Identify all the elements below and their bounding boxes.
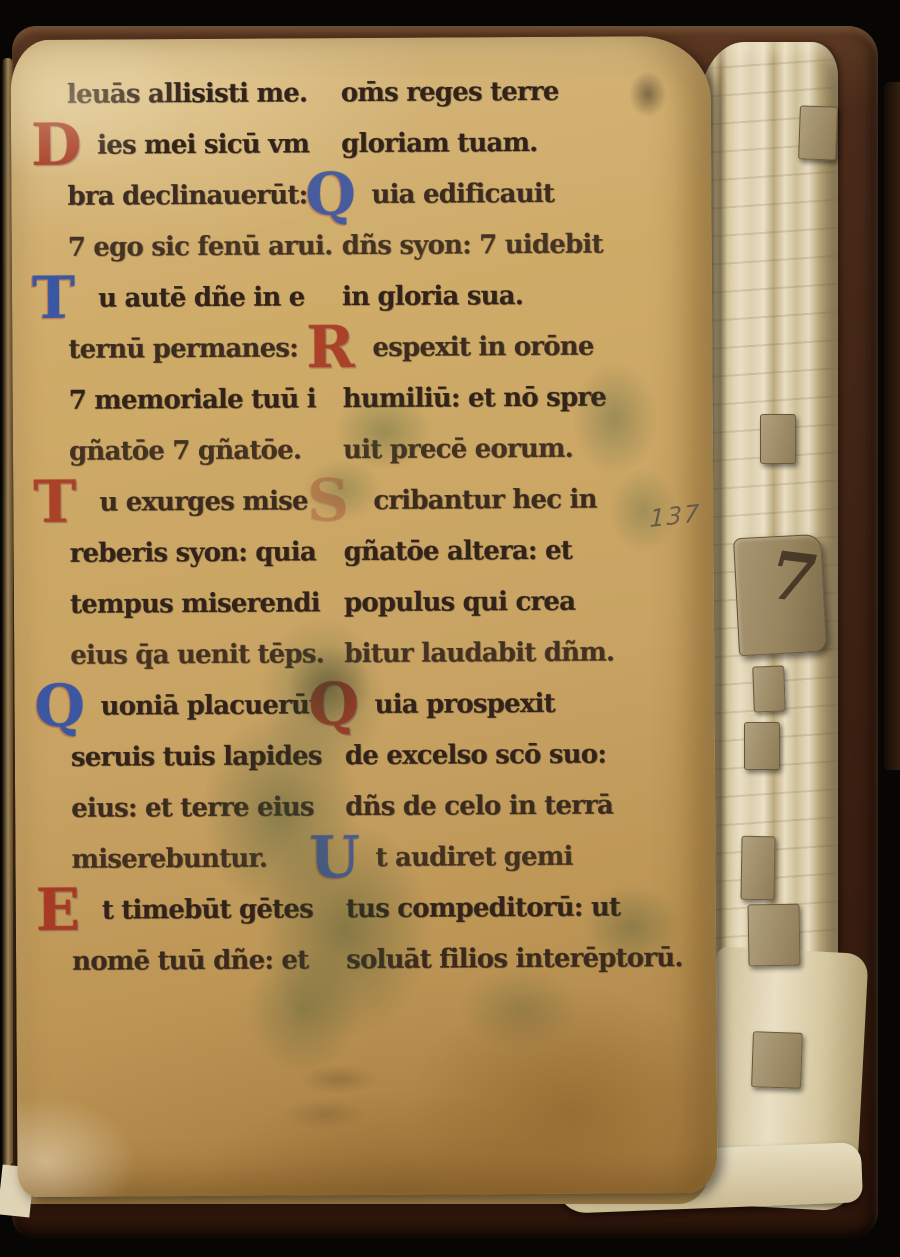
line-text: ternū permanes: xyxy=(68,333,298,364)
illuminated-initial: Q xyxy=(308,674,358,735)
line-text: u exurges mise xyxy=(99,486,308,517)
manuscript-text-line: Et timebūt gētes xyxy=(72,884,348,937)
manuscript-text-line: reberis syon: quia xyxy=(69,527,345,580)
manuscript-text-line: uit precē eorum. xyxy=(343,423,683,476)
line-text: tus compeditorū: ut xyxy=(346,892,621,924)
line-text: uoniā placuerūt xyxy=(100,690,320,721)
line-text: humiliū: et nō spre xyxy=(343,383,606,415)
manuscript-text-line: ternū permanes: xyxy=(68,323,344,376)
line-text: reberis syon: quia xyxy=(70,537,316,569)
parchment-tab xyxy=(747,904,800,967)
parchment-tab xyxy=(798,105,838,160)
manuscript-text-line: tus compeditorū: ut xyxy=(346,882,686,935)
parchment-tab xyxy=(760,414,796,464)
illuminated-initial: D xyxy=(31,115,81,176)
manuscript-text-line: bitur laudabit dñm. xyxy=(344,627,684,680)
manuscript-text-line: miserebuntur. xyxy=(71,833,347,886)
manuscript-text-line: Tu exurges mise xyxy=(69,476,345,529)
manuscript-text-line: om̄s reges terre xyxy=(341,66,681,119)
background-book-edge xyxy=(884,82,900,770)
tab-mark: 7 xyxy=(762,542,825,612)
manuscript-photograph: leuās allisisti me.Dies mei sicū vmbra d… xyxy=(0,0,900,1257)
line-text: gñatōe altera: et xyxy=(344,536,572,567)
manuscript-text-line: 7 ego sic fenū arui. xyxy=(68,221,344,274)
line-text: populus qui crea xyxy=(344,587,575,618)
line-text: bitur laudabit dñm. xyxy=(344,637,614,669)
manuscript-text-line: gñatōe 7 gñatōe. xyxy=(69,425,345,478)
manuscript-text-line: Ut audiret gemi xyxy=(345,831,685,884)
manuscript-text-line: eius: et terre eius xyxy=(71,782,347,835)
manuscript-text-line: nomē tuū dñe: et xyxy=(72,935,348,988)
parchment-tab xyxy=(740,836,775,901)
line-text: espexit in orōne xyxy=(372,332,593,363)
manuscript-text-line: gñatōe altera: et xyxy=(343,525,683,578)
line-text: uia edificauit xyxy=(371,179,554,210)
illuminated-initial: R xyxy=(306,317,356,378)
illuminated-initial: U xyxy=(309,827,359,888)
folio-number: 137 xyxy=(649,499,701,533)
manuscript-text-line: gloriam tuam. xyxy=(341,117,681,170)
line-text: dñs syon: 7 uidebit xyxy=(342,230,603,262)
line-text: tempus miserendi xyxy=(70,588,320,620)
manuscript-text-line: soluāt filios interēptorū. xyxy=(346,933,686,986)
line-text: uia prospexit xyxy=(374,689,554,720)
line-text: ies mei sicū vm xyxy=(97,129,309,160)
manuscript-text-line: Quoniā placuerūt xyxy=(70,680,346,733)
manuscript-text-line: tempus miserendi xyxy=(70,578,346,631)
parchment-tab xyxy=(752,665,786,712)
line-text: de excelso scō suo: xyxy=(345,740,606,772)
line-text: soluāt filios interēptorū. xyxy=(346,943,683,975)
manuscript-text-line: Dies mei sicū vm xyxy=(67,119,343,172)
line-text: 7 ego sic fenū arui. xyxy=(68,231,333,263)
manuscript-text-line: de excelso scō suo: xyxy=(345,729,685,782)
line-text: bra declinauerūt: xyxy=(67,180,307,211)
manuscript-text-line: Scribantur hec in xyxy=(343,474,683,527)
manuscript-text-line: bra declinauerūt: xyxy=(67,170,343,223)
manuscript-text-line: Tu autē dñe in e xyxy=(68,272,344,325)
parchment-tab xyxy=(751,1031,803,1089)
manuscript-text-line: Quia prospexit xyxy=(344,678,684,731)
line-text: miserebuntur. xyxy=(71,844,267,875)
manuscript-text-line: 7 memoriale tuū i xyxy=(69,374,345,427)
line-text: eius: et terre eius xyxy=(71,792,314,823)
line-text: gñatōe 7 gñatōe. xyxy=(69,435,301,466)
parchment-page: leuās allisisti me.Dies mei sicū vmbra d… xyxy=(10,36,717,1197)
illuminated-initial: S xyxy=(307,470,357,531)
line-text: uit precē eorum. xyxy=(343,434,573,465)
manuscript-text-line: Respexit in orōne xyxy=(342,321,682,374)
line-text: dñs de celo in terrā xyxy=(345,790,613,822)
parchment-tab-large: 7 xyxy=(733,534,827,656)
line-text: nomē tuū dñe: et xyxy=(72,945,308,976)
illuminated-initial: T xyxy=(33,472,83,533)
line-text: om̄s reges terre xyxy=(341,77,559,108)
line-text: in gloria sua. xyxy=(342,281,523,312)
manuscript-text-line: dñs syon: 7 uidebit xyxy=(342,219,682,272)
manuscript-text-line: populus qui crea xyxy=(344,576,684,629)
illuminated-initial: E xyxy=(36,880,86,941)
illuminated-initial: T xyxy=(32,268,82,329)
line-text: 7 memoriale tuū i xyxy=(69,384,316,416)
manuscript-text-line: leuās allisisti me. xyxy=(67,68,343,121)
line-text: t audiret gemi xyxy=(375,842,572,873)
illuminated-initial: Q xyxy=(305,164,355,225)
line-text: gloriam tuam. xyxy=(341,128,537,159)
manuscript-text-line: Quia edificauit xyxy=(341,168,681,221)
illuminated-initial: Q xyxy=(34,676,84,737)
manuscript-text-line: dñs de celo in terrā xyxy=(345,780,685,833)
manuscript-text-line: seruis tuis lapides xyxy=(71,731,347,784)
manuscript-text-line: humiliū: et nō spre xyxy=(343,372,683,425)
parchment-tab xyxy=(744,722,780,770)
manuscript-text-line: in gloria sua. xyxy=(342,270,682,323)
line-text: leuās allisisti me. xyxy=(67,78,308,109)
line-text: cribantur hec in xyxy=(373,485,596,516)
line-text: u autē dñe in e xyxy=(98,282,305,313)
line-text: t timebūt gētes xyxy=(102,894,313,925)
line-text: seruis tuis lapides xyxy=(71,741,322,773)
text-column-right: om̄s reges terregloriam tuam.Quia edific… xyxy=(341,66,687,986)
line-text: eius q̄a uenit tēps. xyxy=(70,639,324,671)
manuscript-text-line: eius q̄a uenit tēps. xyxy=(70,629,346,682)
